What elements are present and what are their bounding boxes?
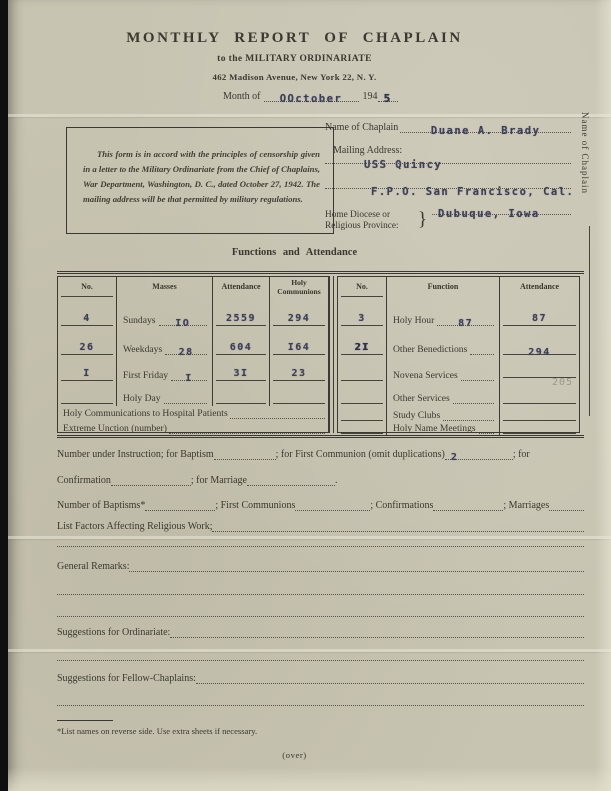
diocese-brace: } (418, 209, 427, 231)
diocese-label-line1: Home Diocese or (325, 210, 390, 220)
first-communion-instruction-value: 2 (451, 452, 513, 463)
baptism-instruction-field (214, 459, 276, 460)
factors-continuation-line (57, 546, 584, 547)
functions-attendance-table: No. Masses Attendance Holy Communions 4 … (57, 271, 584, 438)
table-cell-attendance (500, 386, 579, 406)
chaplain-name-field: Duane A. Brady (400, 132, 571, 133)
table-cell-function: Holy Hour87 (387, 302, 500, 331)
col-header-masses: Masses (117, 277, 213, 302)
month-label: Month of (223, 91, 261, 102)
table-cell-attendance: 3I (213, 360, 270, 386)
factors-field (212, 531, 584, 532)
marriage-instruction-field (247, 485, 335, 486)
col-header-communions: Holy Communions (270, 277, 328, 302)
table-cell-communions (270, 386, 328, 406)
col-header-function: Function (387, 277, 500, 302)
table-cell-attendance: 604 (213, 331, 270, 360)
table-cell-no: 26 (58, 331, 117, 360)
suggestions-ordinariate-continuation-line (57, 660, 584, 661)
table-cell-communions: 294 (270, 302, 328, 331)
margin-vertical-rule (589, 226, 590, 416)
table-center-double-rule (329, 276, 334, 433)
confirmation-line: Confirmation ; for Marriage . (57, 472, 584, 486)
table-cell-function: Other Benedictions (387, 331, 500, 360)
chaplain-name-line: Name of Chaplain Duane A. Brady (325, 122, 571, 133)
general-remarks-line: General Remarks: (57, 558, 584, 572)
table-cell-no: 2I (338, 331, 387, 360)
suggestions-ordinariate-field (170, 637, 584, 638)
table-cell-no: 3 (338, 302, 387, 331)
month-field: OOctober (264, 101, 359, 102)
censorship-notice-text: This form is in accord with the principl… (83, 147, 320, 207)
month-line: Month of OOctober 194 5 (223, 86, 398, 102)
table-cell-function: Study Clubs (387, 406, 500, 423)
table-cell-no (338, 360, 387, 386)
table-cell-mass: Weekdays28 (117, 331, 213, 360)
functions-subtable: No. Function Attendance 3 Holy Hour87 87… (337, 276, 580, 433)
month-value: OOctober (264, 93, 359, 105)
paper-edge-highlight (595, 0, 611, 791)
sacrament-numbers-line: Number of Baptisms* ; First Communions ;… (57, 497, 584, 511)
table-cell-mass: Holy Day (117, 386, 213, 406)
table-cell-attendance: 2559 (213, 302, 270, 331)
confirmations-field (433, 510, 503, 511)
mailing-line2-rule (325, 188, 571, 189)
table-cell-no (58, 386, 117, 406)
table-heading: Functions and Attendance (8, 247, 581, 258)
table-cell-mass: SundaysIO (117, 302, 213, 331)
general-remarks-continuation-line (57, 616, 584, 617)
table-row-extreme-unction: Extreme Unction (number) (58, 423, 328, 436)
year-prefix: 194 (363, 91, 378, 102)
first-communion-instruction-field: 2 (445, 459, 513, 460)
suggestions-fellow-continuation-line (57, 705, 584, 706)
general-remarks-field (129, 571, 584, 572)
margin-vertical-label: Name of Chaplain (580, 112, 590, 194)
footnote: *List names on reverse side. Use extra s… (57, 726, 257, 736)
censorship-notice-box: This form is in accord with the principl… (66, 127, 334, 234)
table-cell-attendance: 205 (500, 360, 579, 386)
table-cell-attendance (213, 386, 270, 406)
org-address: 462 Madison Avenue, New York 22, N. Y. (8, 72, 581, 82)
diocese-label-line2: Religious Province: (325, 221, 399, 231)
table-cell-no (338, 386, 387, 406)
suggestions-fellow-line: Suggestions for Fellow-Chaplains: (57, 670, 584, 684)
table-cell-communions: I64 (270, 331, 328, 360)
baptisms-field (145, 510, 215, 511)
first-communions-field (295, 510, 370, 511)
table-cell-attendance: 87 (500, 302, 579, 331)
mailing-address-label: Mailing Address: (333, 145, 402, 156)
col-header-no: No. (338, 277, 387, 302)
suggestions-fellow-field (196, 683, 584, 684)
masses-subtable: No. Masses Attendance Holy Communions 4 … (57, 276, 329, 433)
table-cell-attendance (500, 423, 579, 436)
col-header-attendance: Attendance (213, 277, 270, 302)
diocese-value: Dubuque, Iowa (438, 208, 571, 220)
footnote-rule (57, 720, 113, 721)
scanned-page: MONTHLY REPORT OF CHAPLAIN to the MILITA… (0, 0, 611, 791)
mailing-address-line1: USS Quincy (364, 159, 442, 171)
mailing-line1-rule (325, 163, 571, 164)
general-remarks-continuation-line (57, 594, 584, 595)
suggestions-ordinariate-line: Suggestions for Ordinariate: (57, 624, 584, 638)
fold-crease (8, 114, 611, 117)
factors-line: List Factors Affecting Religious Work; (57, 518, 584, 532)
year-value: 5 (378, 93, 398, 105)
paper-bottom-highlight (8, 767, 611, 791)
fold-crease (8, 649, 611, 652)
page-title: MONTHLY REPORT OF CHAPLAIN (8, 30, 581, 47)
col-header-attendance: Attendance (500, 277, 579, 302)
table-cell-attendance (500, 406, 579, 423)
table-cell-no: I (58, 360, 117, 386)
fold-crease (8, 536, 611, 539)
page-subtitle: to the MILITARY ORDINARIATE (8, 54, 581, 64)
year-field: 5 (378, 101, 398, 102)
chaplain-name-label: Name of Chaplain (325, 122, 398, 133)
table-cell-no (338, 406, 387, 423)
marriages-field (549, 510, 584, 511)
table-cell-function: Other Services (387, 386, 500, 406)
col-header-no: No. (58, 277, 117, 302)
over-label: (over) (8, 750, 581, 760)
table-cell-communions: 23 (270, 360, 328, 386)
table-cell-mass: First FridayI (117, 360, 213, 386)
table-cell-function: Holy Name Meetings (387, 423, 500, 436)
chaplain-name-value: Duane A. Brady (400, 125, 571, 137)
table-cell-no: 4 (58, 302, 117, 331)
confirmation-instruction-field (111, 485, 191, 486)
table-cell-function: Novena Services (387, 360, 500, 386)
instruction-line: Number under Instruction; for Baptism ; … (57, 446, 584, 460)
table-cell-attendance: 294 (500, 331, 579, 360)
paper-sheet: MONTHLY REPORT OF CHAPLAIN to the MILITA… (8, 0, 611, 791)
table-row-hospital-patients: Holy Communications to Hospital Patients (58, 406, 328, 423)
diocese-field: Dubuque, Iowa (432, 214, 571, 215)
table-cell-no (338, 423, 387, 436)
